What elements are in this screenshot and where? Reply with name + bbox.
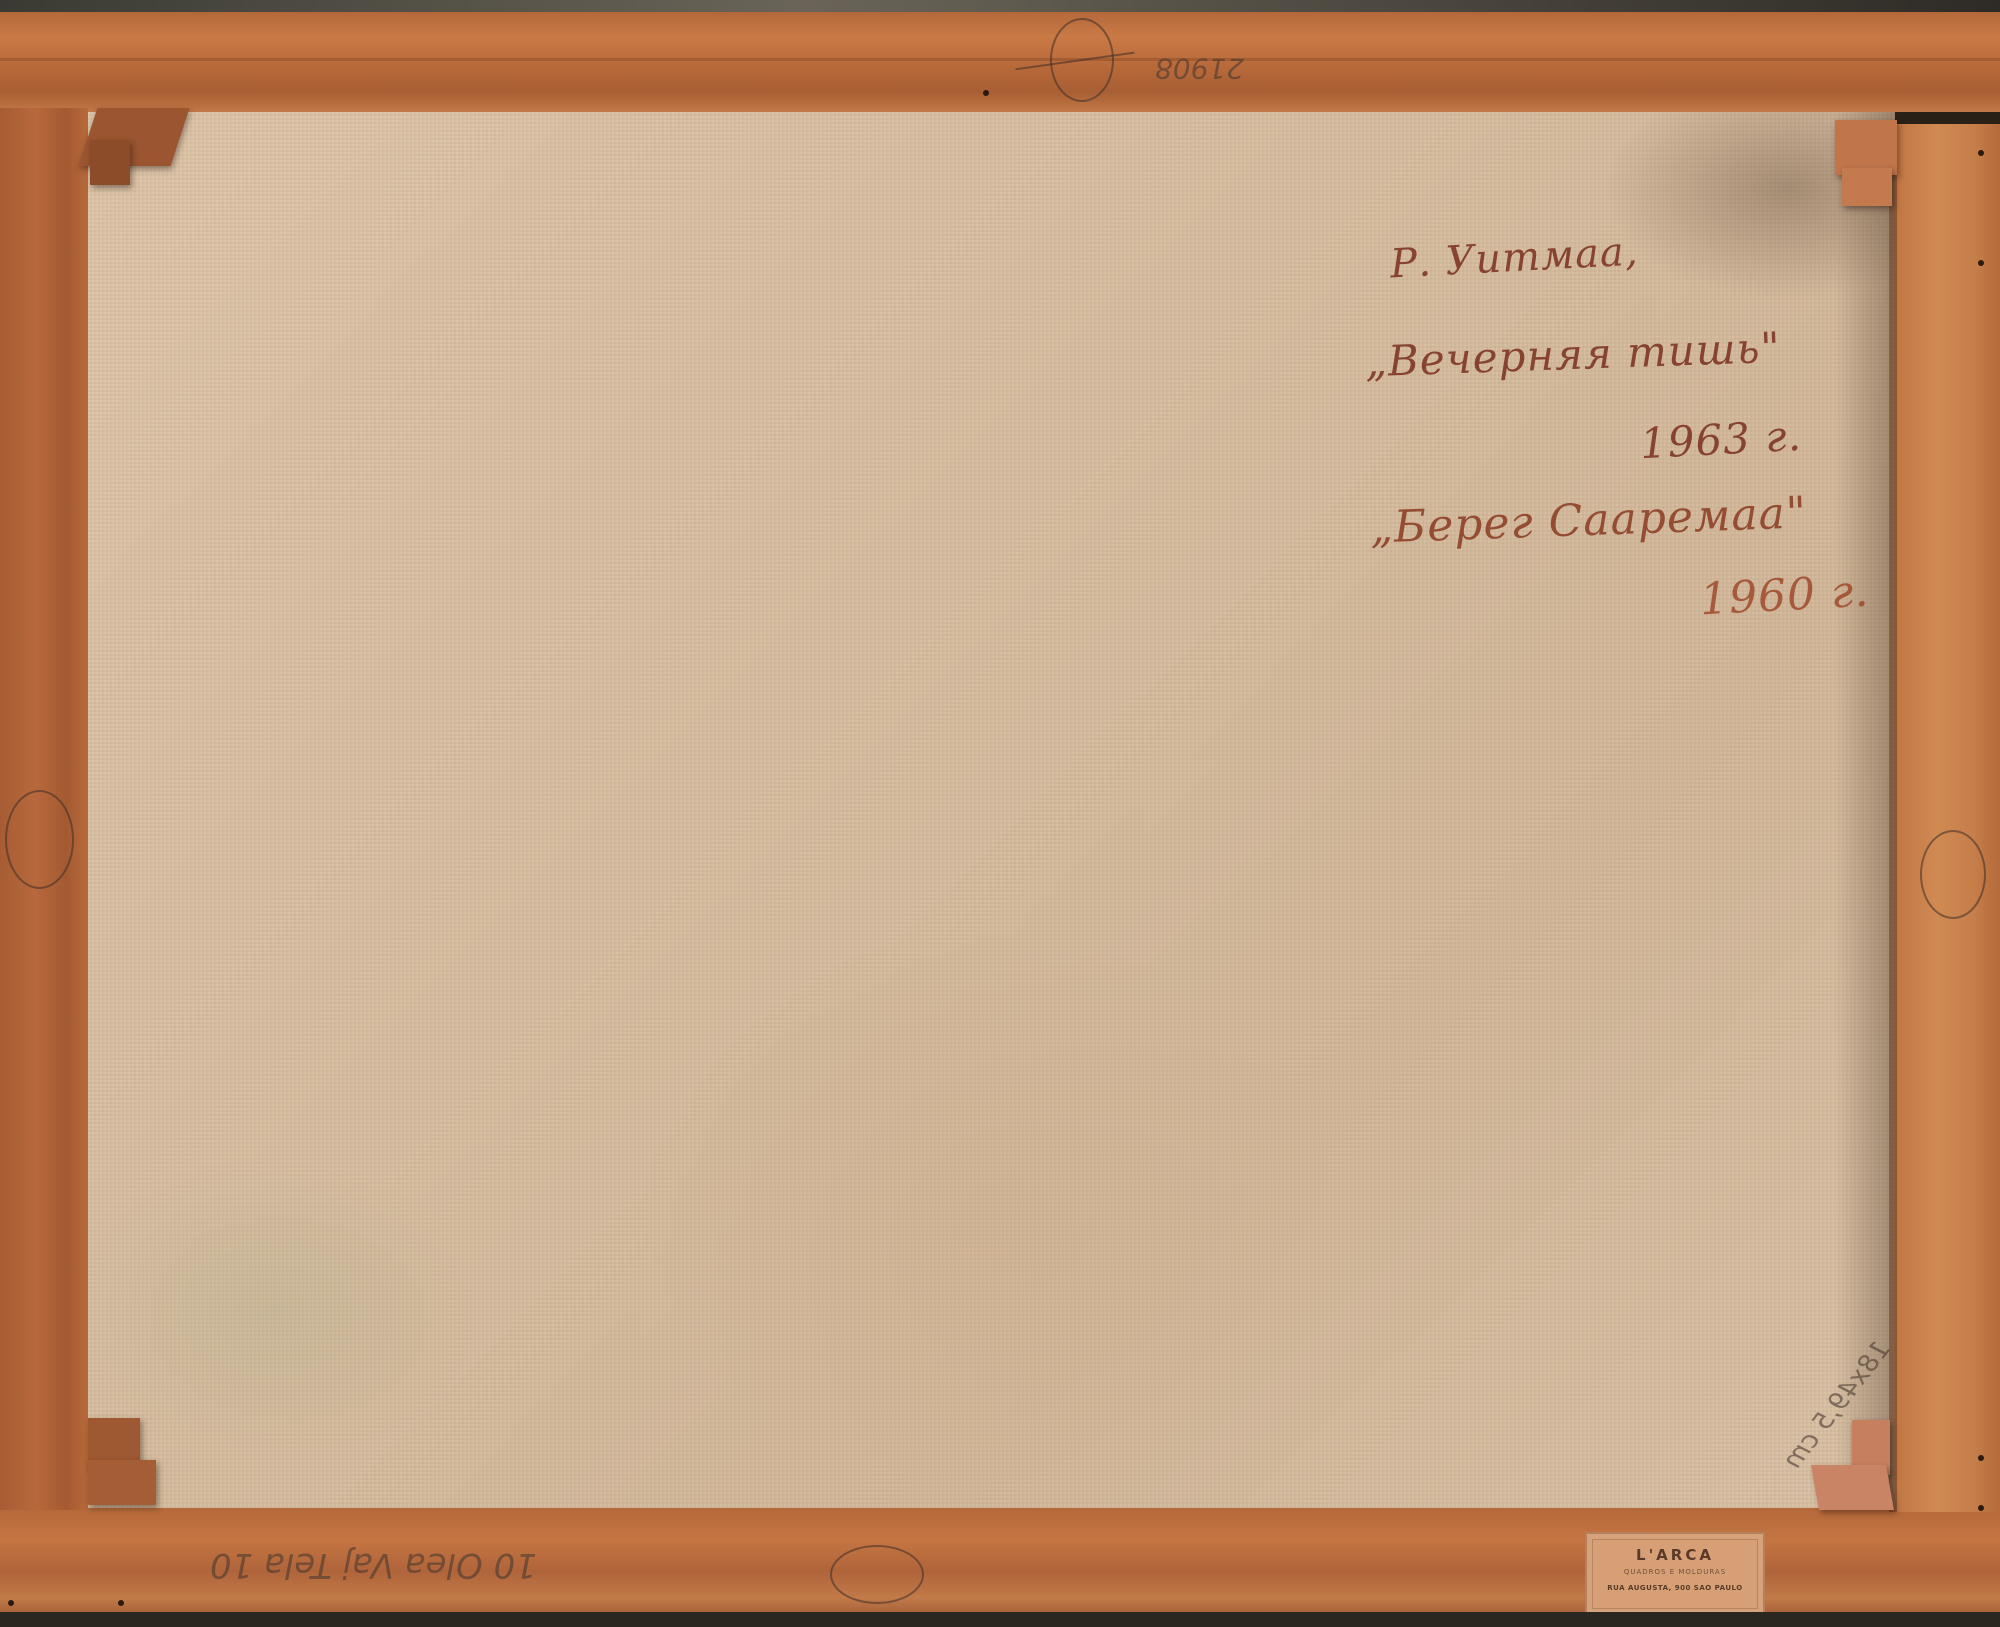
corner-key-top-right	[1842, 168, 1892, 206]
framer-label-subtitle: QUADROS E MOLDURAS	[1587, 1568, 1763, 1576]
corner-key-bottom-right	[1811, 1465, 1894, 1510]
stretcher-bar-top	[0, 12, 2000, 112]
pencil-note-top: 21908	[1155, 52, 1244, 85]
nail-hole	[1978, 260, 1984, 266]
background-edge-bottom	[0, 1612, 2000, 1627]
canvas-shadow	[1835, 108, 1895, 1510]
nail-hole	[1978, 1505, 1984, 1511]
nail-hole	[1978, 1455, 1984, 1461]
painting-back-photo: Р. Уитмаа, „Вечерняя тишь" 1963 г. „Бере…	[0, 0, 2000, 1627]
pencil-signature-left	[5, 790, 74, 889]
nail-hole	[1978, 150, 1984, 156]
pencil-signature-right	[1920, 830, 1986, 919]
framer-label: L'ARCA QUADROS E MOLDURAS RUA AUGUSTA, 9…	[1585, 1532, 1765, 1616]
corner-key-top-left	[90, 140, 130, 185]
framer-label-address: RUA AUGUSTA, 900 SAO PAULO	[1587, 1584, 1763, 1592]
pencil-signature-bottom	[830, 1545, 924, 1604]
inscription-year-2: 1960 г.	[1699, 566, 1871, 626]
inscription-year-1: 1963 г.	[1639, 411, 1803, 468]
pencil-note-bottom: 10 Olea Vaj Tela 10	[210, 1545, 537, 1585]
stretcher-bar-right	[1895, 124, 2000, 1512]
nail-hole	[8, 1600, 14, 1606]
framer-label-name: L'ARCA	[1587, 1546, 1763, 1564]
canvas-back	[88, 108, 1895, 1510]
nail-hole	[983, 90, 989, 96]
nail-hole	[118, 1600, 124, 1606]
corner-key-top-right	[1835, 120, 1897, 175]
corner-key-bottom-left	[88, 1460, 156, 1505]
